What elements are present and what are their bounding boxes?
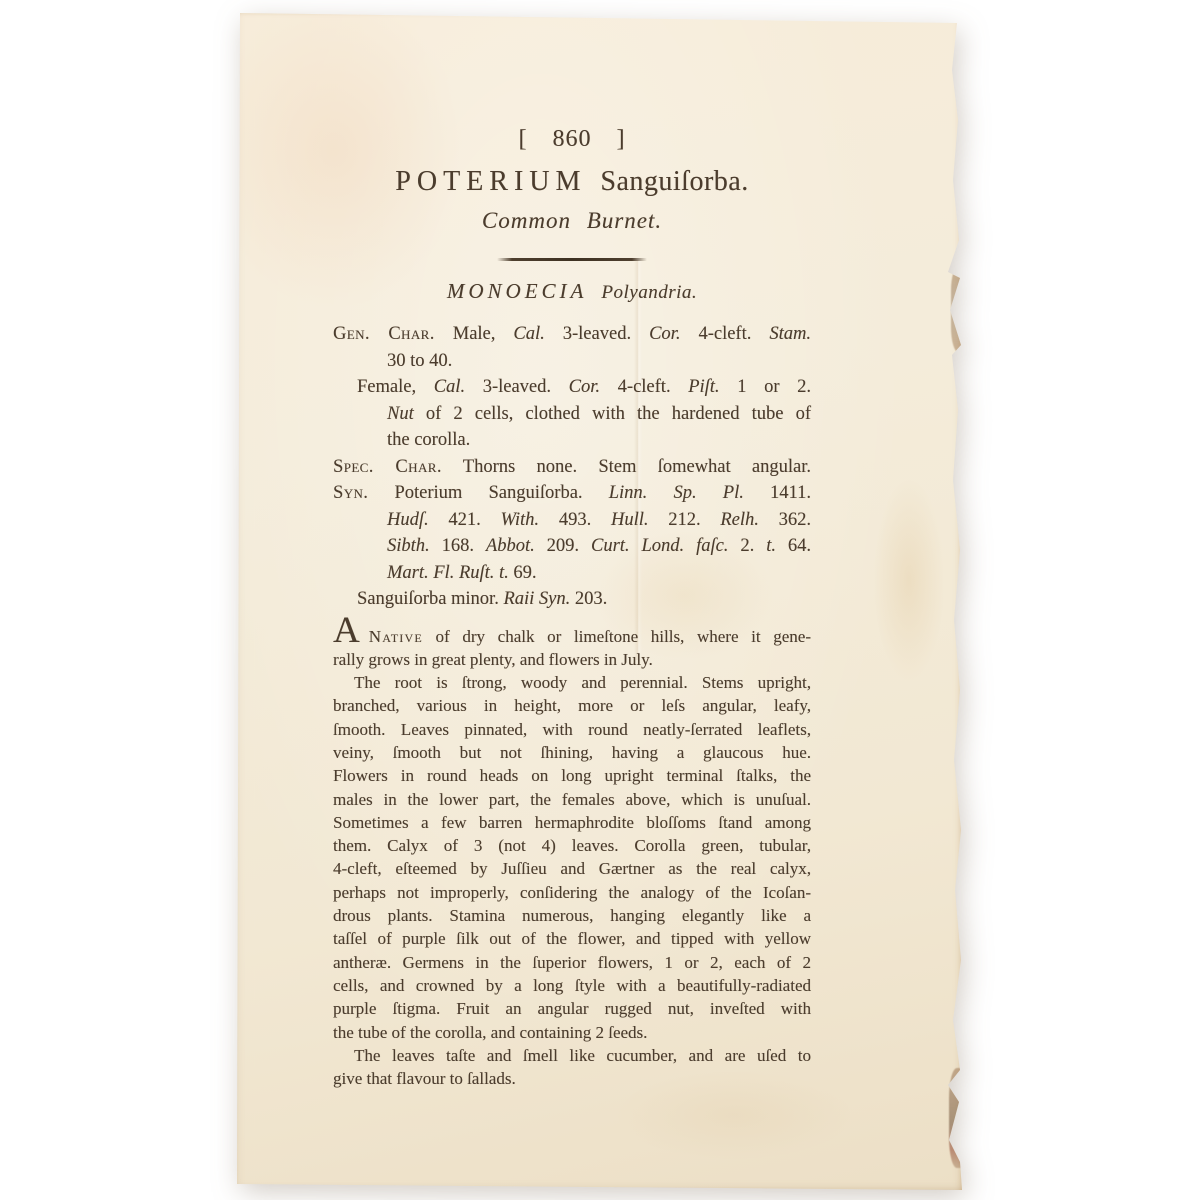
divider-row bbox=[333, 248, 811, 266]
text-run: Curt. Lond. faſc. bbox=[591, 536, 728, 556]
text-run: Native bbox=[369, 627, 423, 646]
text-run: give that flavour to ſallads. bbox=[333, 1069, 516, 1088]
text-run: 2. bbox=[728, 536, 766, 556]
text-line: ſmooth. Leaves pinnated, with round neat… bbox=[333, 718, 811, 741]
text-line: purple ſtigma. Fruit an angular rugged n… bbox=[333, 997, 811, 1020]
paragraph: The leaves taſte and ſmell like cucumber… bbox=[333, 1044, 811, 1091]
text-run: Hudſ. bbox=[387, 510, 429, 530]
text-line: The leaves taſte and ſmell like cucumber… bbox=[333, 1044, 811, 1067]
text-run: Abbot. bbox=[486, 536, 535, 556]
text-run: rally grows in great plenty, and flowers… bbox=[333, 650, 653, 669]
text-run: Gen. Char. bbox=[333, 324, 435, 344]
text-run: Cor. bbox=[649, 324, 680, 344]
text-run: Sanguiſorba minor. bbox=[357, 589, 503, 609]
text-line: cells, and crowned by a long ſtyle with … bbox=[333, 974, 811, 997]
text-run: of 2 cells, clothed with the hardened tu… bbox=[414, 404, 811, 424]
text-line: Gen. Char. Male, Cal. 3-leaved. Cor. 4-c… bbox=[333, 321, 811, 348]
text-line: ANative of dry chalk or limeſtone hills,… bbox=[333, 625, 811, 648]
text-line: Hudſ. 421. With. 493. Hull. 212. Relh. 3… bbox=[333, 507, 811, 534]
text-run: antheræ. Germens in the ſuperior flowers… bbox=[333, 953, 811, 972]
text-run: 1411. bbox=[744, 483, 811, 503]
text-line: taſſel of purple ſilk out of the flower,… bbox=[333, 927, 811, 950]
text-line: Spec. Char. Thorns none. Stem ſomewhat a… bbox=[333, 454, 811, 481]
text-line: them. Calyx of 3 (not 4) leaves. Corolla… bbox=[333, 834, 811, 857]
text-run: Sometimes a few barren hermaphrodite blo… bbox=[333, 813, 811, 832]
text-run: 1 or 2. bbox=[720, 377, 811, 397]
text-run: 30 to 40. bbox=[387, 351, 452, 371]
book-page: [ 860 ] POTERIUMSanguiſorba. Common Burn… bbox=[234, 10, 964, 1192]
text-run: Male, bbox=[435, 324, 514, 344]
text-run: Mart. Fl. Ruſt. t. bbox=[387, 563, 509, 583]
common-name: Common Burnet. bbox=[333, 208, 811, 234]
text-line: Syn. Poterium Sanguiſorba. Linn. Sp. Pl.… bbox=[333, 480, 811, 507]
species-title: POTERIUMSanguiſorba. bbox=[333, 166, 811, 198]
paragraph: The root is ſtrong, woody and perennial.… bbox=[333, 671, 811, 1044]
text-run: 362. bbox=[759, 510, 811, 530]
text-run: branched, various in height, more or leſ… bbox=[333, 696, 811, 715]
genus-name: POTERIUM bbox=[395, 166, 586, 197]
text-run: Thorns none. Stem ſomewhat angular. bbox=[442, 457, 811, 477]
text-run: Hull. bbox=[611, 510, 649, 530]
text-run: the corolla. bbox=[387, 430, 470, 450]
torn-edge-fray bbox=[949, 1068, 964, 1168]
text-run: Linn. Sp. Pl. bbox=[609, 483, 744, 503]
text-run: Flowers in round heads on long upright t… bbox=[333, 766, 811, 785]
text-run: 3-leaved. bbox=[465, 377, 569, 397]
text-run: them. Calyx of 3 (not 4) leaves. Corolla… bbox=[333, 836, 811, 855]
text-run: A bbox=[333, 610, 361, 651]
text-run: 209. bbox=[535, 536, 591, 556]
text-line: drous plants. Stamina numerous, hanging … bbox=[333, 904, 811, 927]
text-line: Sibth. 168. Abbot. 209. Curt. Lond. faſc… bbox=[333, 533, 811, 560]
text-line: males in the lower part, the females abo… bbox=[333, 788, 811, 811]
text-run: veiny, ſmooth but not ſhining, having a … bbox=[333, 743, 811, 762]
divider-rule bbox=[497, 258, 647, 261]
text-run: 212. bbox=[648, 510, 720, 530]
text-run: ſmooth. Leaves pinnated, with round neat… bbox=[333, 720, 811, 739]
text-run: taſſel of purple ſilk out of the flower,… bbox=[333, 929, 811, 948]
page-content: [ 860 ] POTERIUMSanguiſorba. Common Burn… bbox=[333, 126, 811, 1090]
text-line: perhaps not improperly, conſidering the … bbox=[333, 881, 811, 904]
text-line: antheræ. Germens in the ſuperior flowers… bbox=[333, 951, 811, 974]
text-run: Spec. Char. bbox=[333, 457, 442, 477]
text-run: Stam. bbox=[769, 324, 811, 344]
text-run: Cor. bbox=[569, 377, 600, 397]
text-line: Sanguiſorba minor. Raii Syn. 203. bbox=[333, 586, 811, 613]
taxonomy-class: MONOECIA bbox=[447, 279, 588, 303]
text-line: Mart. Fl. Ruſt. t. 69. bbox=[333, 560, 811, 587]
text-run: perhaps not improperly, conſidering the … bbox=[333, 883, 811, 902]
text-run: purple ſtigma. Fruit an angular rugged n… bbox=[333, 999, 811, 1018]
text-run: The leaves taſte and ſmell like cucumber… bbox=[354, 1046, 811, 1065]
text-run: males in the lower part, the females abo… bbox=[333, 790, 811, 809]
text-run: 203. bbox=[570, 589, 607, 609]
text-line: The root is ſtrong, woody and perennial.… bbox=[333, 671, 811, 694]
text-line: Nut of 2 cells, clothed with the hardene… bbox=[333, 401, 811, 428]
text-run: Syn. bbox=[333, 483, 368, 503]
body-text: ANative of dry chalk or limeſtone hills,… bbox=[333, 625, 811, 1091]
text-run: 4-cleft. bbox=[680, 324, 769, 344]
taxonomy-line: MONOECIAPolyandria. bbox=[333, 279, 811, 304]
text-run: 421. bbox=[429, 510, 501, 530]
stain bbox=[874, 480, 944, 680]
text-run: Female, bbox=[357, 377, 434, 397]
text-run: 4-cleft, eſteemed by Juſſieu and Gærtner… bbox=[333, 859, 811, 878]
text-run: of dry chalk or limeſtone hills, where i… bbox=[423, 627, 811, 646]
text-run: Relh. bbox=[720, 510, 759, 530]
text-run: 4-cleft. bbox=[600, 377, 688, 397]
entry-block: Gen. Char. Male, Cal. 3-leaved. Cor. 4-c… bbox=[333, 321, 811, 613]
text-line: branched, various in height, more or leſ… bbox=[333, 694, 811, 717]
photo-background: [ 860 ] POTERIUMSanguiſorba. Common Burn… bbox=[0, 0, 1200, 1200]
text-line: veiny, ſmooth but not ſhining, having a … bbox=[333, 741, 811, 764]
text-run: drous plants. Stamina numerous, hanging … bbox=[333, 906, 811, 925]
paragraph: ANative of dry chalk or limeſtone hills,… bbox=[333, 625, 811, 672]
taxonomy-order: Polyandria. bbox=[601, 282, 697, 303]
text-line: Flowers in round heads on long upright t… bbox=[333, 764, 811, 787]
text-run: Cal. bbox=[513, 324, 544, 344]
species-name: Sanguiſorba. bbox=[600, 166, 748, 197]
torn-edge-fray bbox=[951, 265, 964, 353]
text-run: Piſt. bbox=[688, 377, 719, 397]
text-run: t. bbox=[766, 536, 776, 556]
page-shadow-wrap: [ 860 ] POTERIUMSanguiſorba. Common Burn… bbox=[0, 0, 1200, 1200]
text-line: the corolla. bbox=[333, 427, 811, 454]
text-run: 168. bbox=[430, 536, 486, 556]
text-run: 64. bbox=[776, 536, 811, 556]
text-run: With. bbox=[501, 510, 540, 530]
text-line: 4-cleft, eſteemed by Juſſieu and Gærtner… bbox=[333, 857, 811, 880]
text-run: Raii Syn. bbox=[503, 589, 570, 609]
text-run: Cal. bbox=[434, 377, 465, 397]
page-number: [ 860 ] bbox=[333, 126, 811, 153]
text-run: Nut bbox=[387, 404, 414, 424]
text-run: Sibth. bbox=[387, 536, 430, 556]
text-line: give that flavour to ſallads. bbox=[333, 1067, 811, 1090]
text-run: 493. bbox=[539, 510, 611, 530]
text-line: 30 to 40. bbox=[333, 348, 811, 375]
text-run: the tube of the corolla, and containing … bbox=[333, 1023, 647, 1042]
text-run: The root is ſtrong, woody and perennial.… bbox=[354, 673, 811, 692]
text-line: rally grows in great plenty, and flowers… bbox=[333, 648, 811, 671]
text-line: Sometimes a few barren hermaphrodite blo… bbox=[333, 811, 811, 834]
text-run: cells, and crowned by a long ſtyle with … bbox=[333, 976, 811, 995]
text-run: 3-leaved. bbox=[545, 324, 649, 344]
text-line: Female, Cal. 3-leaved. Cor. 4-cleft. Piſ… bbox=[333, 374, 811, 401]
text-run: 69. bbox=[509, 563, 537, 583]
text-run: Poterium Sanguiſorba. bbox=[368, 483, 608, 503]
text-line: the tube of the corolla, and containing … bbox=[333, 1021, 811, 1044]
